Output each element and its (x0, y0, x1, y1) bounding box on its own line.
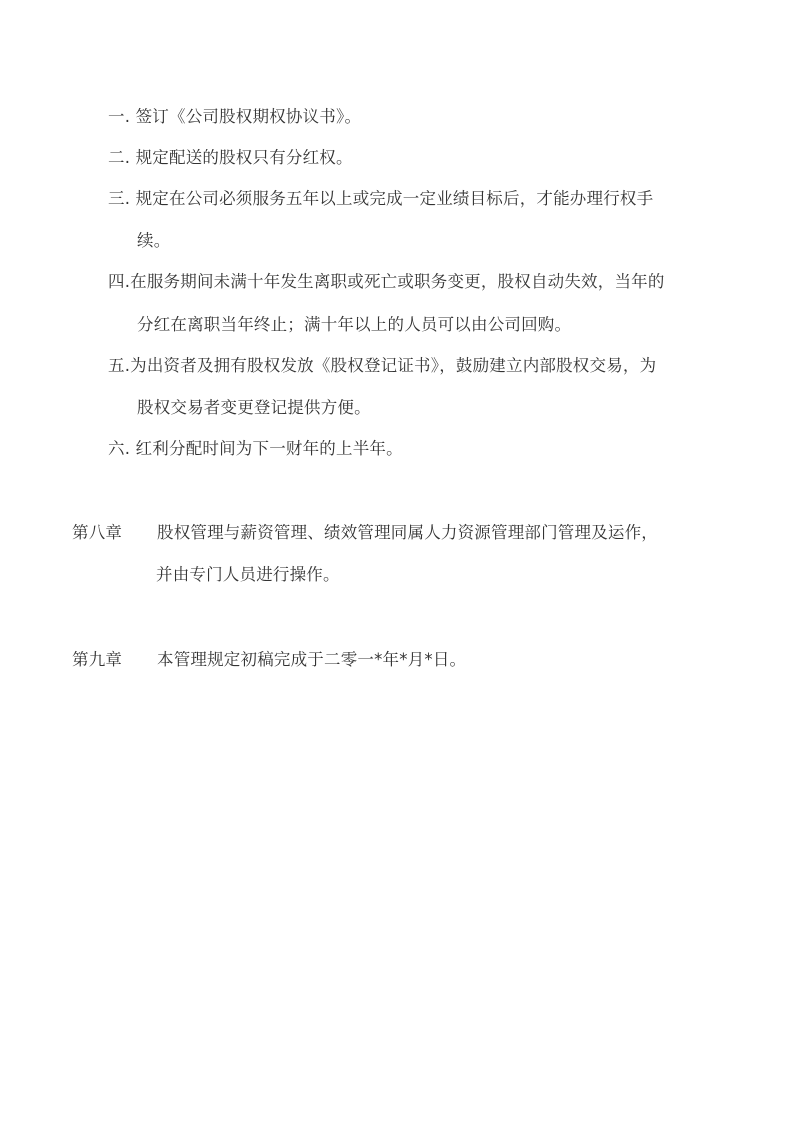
item-text: 规定在公司必须服务五年以上或完成一定业绩目标后，才能办理行权手 (130, 189, 653, 208)
chapter-9-label: 第九章 (72, 649, 122, 671)
chapter-8-label: 第八章 (72, 522, 122, 544)
item-number: 六. (108, 438, 130, 460)
list-item-3: 三. 规定在公司必须服务五年以上或完成一定业绩目标后，才能办理行权手 (108, 188, 653, 210)
item-text: 红利分配时间为下一财年的上半年。 (130, 439, 403, 458)
list-item-3-continuation: 续。 (137, 230, 170, 252)
list-item-2: 二. 规定配送的股权只有分红权。 (108, 147, 353, 169)
chapter-9-text: 本管理规定初稿完成于二零一*年*月*日。 (157, 649, 466, 671)
item-number: 三. (108, 188, 130, 210)
item-text: 签订《公司股权期权协议书》。 (130, 107, 361, 126)
item-text: 在服务期间未满十年发生离职或死亡或职务变更，股权自动失效，当年的 (130, 272, 664, 291)
item-number: 二. (108, 147, 130, 169)
item-text: 为出资者及拥有股权发放《股权登记证书》，鼓励建立内部股权交易，为 (130, 356, 656, 375)
list-item-4-continuation: 分红在离职当年终止；满十年以上的人员可以由公司回购。 (137, 314, 571, 336)
item-number: 一. (108, 106, 130, 128)
item-text: 规定配送的股权只有分红权。 (130, 148, 353, 167)
list-item-6: 六. 红利分配时间为下一财年的上半年。 (108, 438, 403, 460)
chapter-8-continuation: 并由专门人员进行操作。 (156, 564, 340, 586)
item-number: 四. (108, 271, 130, 293)
chapter-8-text: 股权管理与薪资管理、绩效管理同属人力资源管理部门管理及运作， (157, 522, 658, 544)
list-item-5: 五.为出资者及拥有股权发放《股权登记证书》，鼓励建立内部股权交易，为 (108, 355, 656, 377)
list-item-4: 四.在服务期间未满十年发生离职或死亡或职务变更，股权自动失效，当年的 (108, 271, 665, 293)
list-item-1: 一. 签订《公司股权期权协议书》。 (108, 106, 361, 128)
list-item-5-continuation: 股权交易者变更登记提供方便。 (137, 397, 371, 419)
item-number: 五. (108, 355, 130, 377)
